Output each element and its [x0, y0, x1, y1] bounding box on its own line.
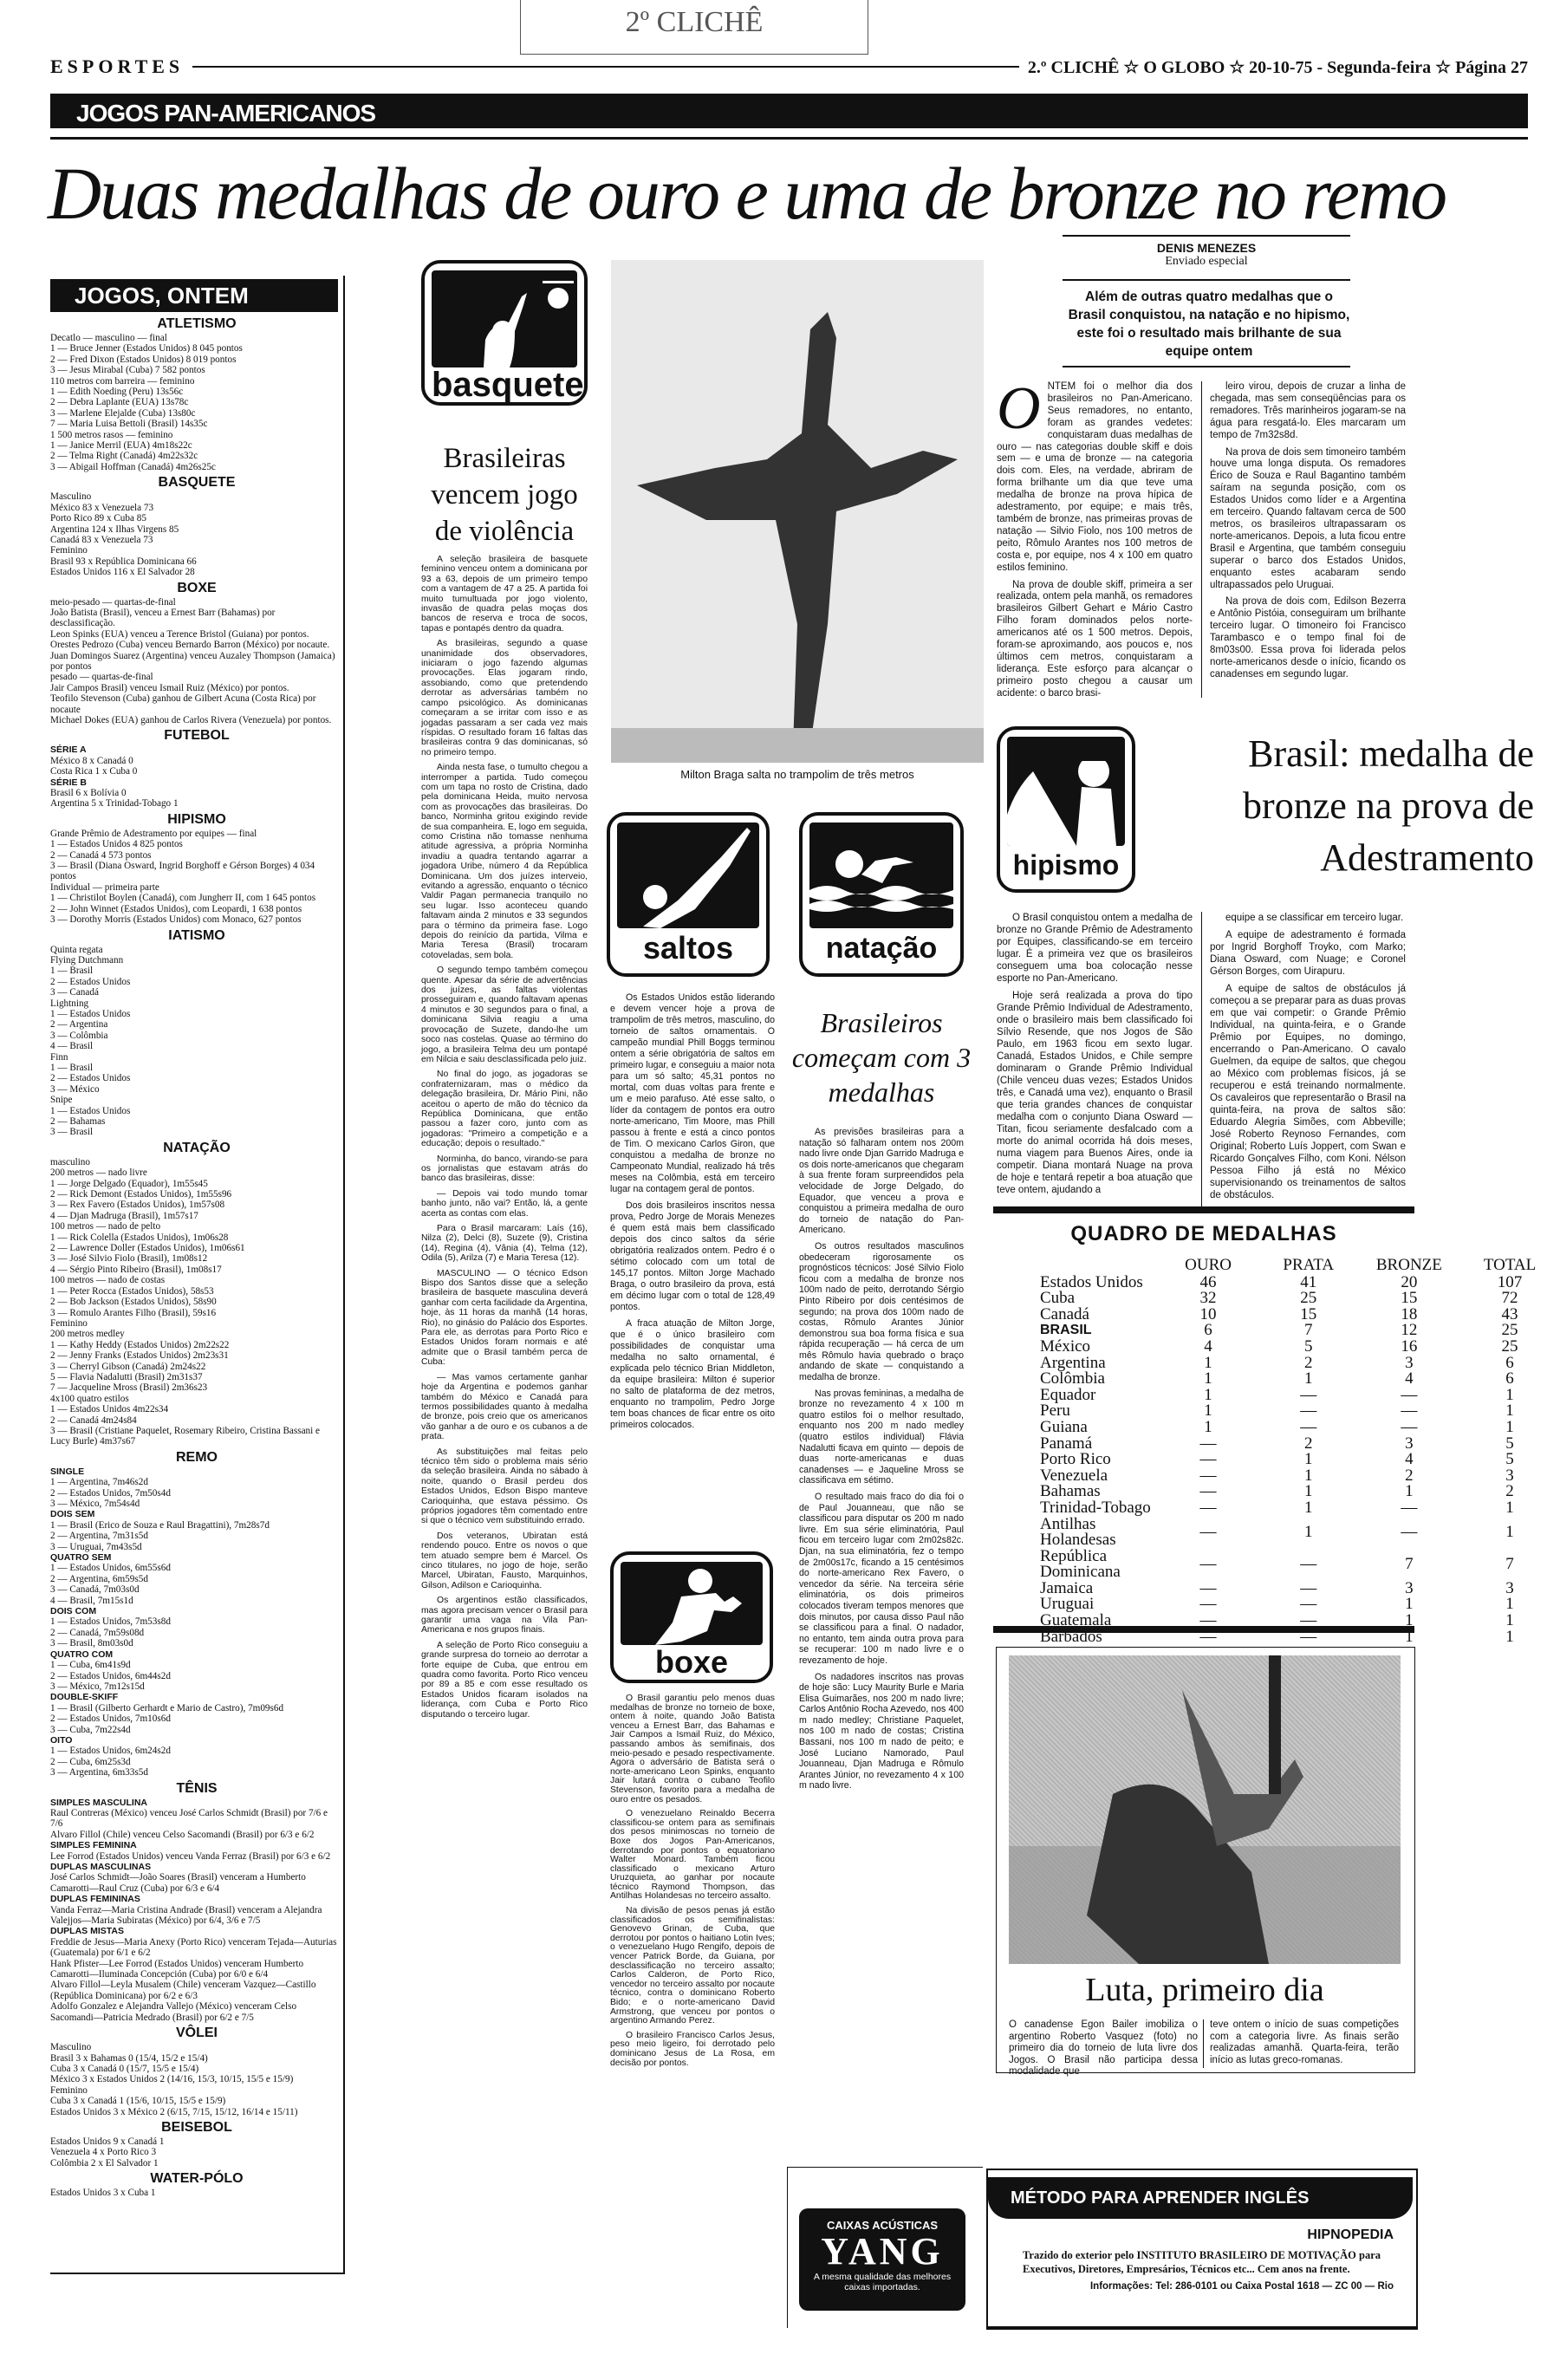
paragraph: — Depois vai todo mundo tomar banho junt… — [421, 1189, 588, 1219]
result-line: DOUBLE-SKIFF — [50, 1692, 343, 1702]
sport-heading: BASQUETE — [50, 474, 343, 491]
luta-title: Luta, primeiro dia — [1009, 1969, 1401, 2011]
paragraph: Na prova de dois com, Edilson Bezerra e … — [1210, 596, 1406, 680]
result-line: 4 — Brasil — [50, 1041, 343, 1051]
deck-rule — [1063, 366, 1350, 367]
sport-heading: IATISMO — [50, 927, 343, 945]
result-line: 1 — Janice Merril (EUA) 4m18s22c — [50, 440, 343, 451]
medal-column-header: TOTAL — [1459, 1257, 1560, 1275]
medal-row: Trinidad-Tobago—1—1 — [1040, 1500, 1560, 1517]
result-line: Teofilo Stevenson (Cuba) ganhou de Gilbe… — [50, 693, 343, 715]
dropcap: O — [997, 383, 1041, 435]
result-line: Feminino — [50, 1318, 343, 1329]
paragraph: Norminha, do banco, virando-se para os j… — [421, 1154, 588, 1184]
result-line: Estados Unidos 116 x El Salvador 28 — [50, 567, 343, 577]
result-line: 3 — Cherryl Gibson (Canadá) 2m24s22 — [50, 1362, 343, 1372]
result-line: Quinta regata — [50, 945, 343, 955]
result-line: 1 — Edith Noeding (Peru) 13s56c — [50, 387, 343, 397]
result-line: 2 — Rick Demont (Estados Unidos), 1m55s9… — [50, 1189, 343, 1200]
paragraph: Dos veteranos, Ubiratan está rendendo po… — [421, 1531, 588, 1590]
hipismo-logo: hipismo — [997, 726, 1135, 893]
result-line: 2 — John Winnet (Estados Unidos), com Le… — [50, 904, 343, 914]
main-story-col1: O NTEM foi o melhor dia dos brasileiros … — [997, 381, 1193, 706]
result-line: Argentina 124 x Ilhas Virgens 85 — [50, 524, 343, 535]
medal-count-prata: 1 — [1258, 1500, 1359, 1517]
result-line: 3 — Canadá, 7m03s0d — [50, 1584, 343, 1595]
hipismo-col1: O Brasil conquistou ontem a medalha de b… — [997, 912, 1193, 1201]
result-line: 4 — Sérgio Pinto Ribeiro (Brasil), 1m08s… — [50, 1265, 343, 1275]
medal-count-bronze: 7 — [1359, 1549, 1459, 1581]
natacao-logo: natação — [799, 812, 964, 977]
result-line: 3 — Canadá — [50, 987, 343, 998]
basquete-logo: basquete — [421, 260, 588, 406]
result-line: Finn — [50, 1052, 343, 1063]
medal-table-rule-bottom — [993, 1626, 1414, 1633]
result-line: 3 — José Silvio Fiolo (Brasil), 1m08s12 — [50, 1253, 343, 1264]
result-line: Cuba 3 x Canadá 0 (15/7, 15/5 e 15/4) — [50, 2064, 343, 2074]
diver-photo — [611, 260, 984, 763]
result-line: SÉRIE B — [50, 777, 343, 788]
sport-heading: BEISEBOL — [50, 2119, 343, 2136]
result-line: 1 — Peter Rocca (Estados Unidos), 58s53 — [50, 1286, 343, 1297]
medal-row: Panamá—235 — [1040, 1436, 1560, 1453]
result-line: 3 — Brasil — [50, 1127, 343, 1137]
medal-table: OUROPRATABRONZETOTAL Estados Unidos46412… — [1040, 1257, 1560, 1645]
result-line: 3 — México — [50, 1084, 343, 1095]
results-title: JOGOS, ONTEM — [50, 279, 338, 312]
medal-count-ouro: — — [1158, 1452, 1258, 1468]
result-line: 100 metros — nado de costas — [50, 1275, 343, 1285]
result-line: Estados Unidos 3 x México 2 (6/15, 7/15,… — [50, 2107, 343, 2117]
result-line: DUPLAS MASCULINAS — [50, 1862, 343, 1872]
medal-count-prata: 1 — [1258, 1517, 1359, 1549]
main-headline: Duas medalhas de ouro e uma de bronze no… — [48, 146, 1538, 241]
medal-row: BRASIL671225 — [1040, 1323, 1560, 1339]
byline: DENIS MENEZES — [1063, 241, 1350, 255]
medal-row: Canadá10151843 — [1040, 1307, 1560, 1323]
result-line: 1 — Brasil — [50, 1063, 343, 1073]
result-line: 2 — Debra Laplante (EUA) 13s78c — [50, 397, 343, 407]
paragraph: A equipe de adestramento é formada por I… — [1210, 929, 1406, 978]
result-line: Raul Contreras (México) venceu José Carl… — [50, 1808, 343, 1830]
medal-count-ouro: 4 — [1158, 1339, 1258, 1356]
yang-ad-brand: YANG — [799, 2232, 965, 2272]
result-line: 2 — Argentina, 6m59s5d — [50, 1574, 343, 1584]
medal-count-ouro: 1 — [1158, 1371, 1258, 1388]
result-line: DUPLAS MISTAS — [50, 1926, 343, 1936]
medal-count-prata: 5 — [1258, 1339, 1359, 1356]
result-line: 3 — Jesus Mirabal (Cuba) 7 582 pontos — [50, 365, 343, 375]
result-line: 2 — Bob Jackson (Estados Unidos), 58s90 — [50, 1297, 343, 1307]
paragraph: A seleção brasileira de basquete feminin… — [421, 555, 588, 634]
medal-row: Argentina1236 — [1040, 1356, 1560, 1372]
country-name: Trinidad-Tobago — [1040, 1500, 1158, 1517]
paragraph: As substituições mal feitas pelo técnico… — [421, 1447, 588, 1526]
result-line: 2 — Fred Dixon (Estados Unidos) 8 019 po… — [50, 354, 343, 365]
result-line: 2 — Estados Unidos, 6m44s2d — [50, 1671, 343, 1681]
result-line: Orestes Pedrozo (Cuba) venceu Bernardo B… — [50, 640, 343, 650]
basketball-player-icon — [432, 270, 577, 367]
result-line: 1 — Rick Colella (Estados Unidos), 1m06s… — [50, 1232, 343, 1243]
result-line: 3 — Argentina, 6m33s5d — [50, 1767, 343, 1778]
paragraph: O Brasil conquistou ontem a medalha de b… — [997, 912, 1193, 985]
paragraph: A equipe de saltos de obstáculos já come… — [1210, 983, 1406, 1201]
medal-count-total: 5 — [1459, 1452, 1560, 1468]
result-line: 2 — Estados Unidos — [50, 1073, 343, 1083]
byline-rule-top — [1063, 235, 1350, 237]
result-line: 3 — Uruguai, 7m43s5d — [50, 1542, 343, 1552]
result-line: 1 — Brasil — [50, 966, 343, 976]
medal-row: Guiana1——1 — [1040, 1420, 1560, 1436]
paragraph: O Brasil garantiu pelo menos duas medalh… — [610, 1694, 775, 1805]
medal-count-prata: — — [1258, 1420, 1359, 1436]
result-line: 3 — Marlene Elejalde (Cuba) 13s80c — [50, 408, 343, 419]
yang-ad-tagline: A mesma qualidade das melhores caixas im… — [799, 2272, 965, 2292]
paragraph: Na prova de double skiff, primeira a ser… — [997, 580, 1193, 700]
medal-count-total: 1 — [1459, 1420, 1560, 1436]
results-body: ATLETISMODecatlo — masculino — final1 — … — [50, 315, 343, 2199]
wrestling-photo — [1009, 1655, 1401, 1964]
country-name: República Dominicana — [1040, 1549, 1158, 1581]
result-line: 200 metros — nado livre — [50, 1167, 343, 1178]
result-line: Snipe — [50, 1095, 343, 1105]
hipismo-col2: equipe a se classificar em terceiro luga… — [1210, 912, 1406, 1206]
diver-photo-caption: Milton Braga salta no trampolim de três … — [611, 768, 984, 781]
result-line: 3 — Brasil (Cristiane Paquelet, Rosemary… — [50, 1426, 343, 1447]
result-line: 1 — Estados Unidos 4m22s34 — [50, 1404, 343, 1414]
result-line: Porto Rico 89 x Cuba 85 — [50, 513, 343, 523]
paragraph: O segundo tempo também começou quente. A… — [421, 966, 588, 1064]
sport-heading: ATLETISMO — [50, 315, 343, 333]
medal-count-total: 25 — [1459, 1339, 1560, 1356]
result-line: Alvaro Fillol (Chile) venceu Celso Sacom… — [50, 1830, 343, 1840]
result-line: Colômbia 2 x El Salvador 1 — [50, 2158, 343, 2169]
country-name: Cuba — [1040, 1291, 1158, 1307]
result-line: Juan Domingos Suarez (Argentina) venceu … — [50, 651, 343, 673]
medal-table-rule-top — [993, 1206, 1414, 1213]
sport-heading: NATAÇÃO — [50, 1140, 343, 1157]
medal-count-prata: 1 — [1258, 1371, 1359, 1388]
result-line: 4x100 quatro estilos — [50, 1394, 343, 1404]
result-line: Lee Forrod (Estados Unidos) venceu Vanda… — [50, 1851, 343, 1862]
natacao-title: Brasileiros começam com 3 medalhas — [790, 1005, 972, 1109]
result-line: 1 — Estados Unidos 4 825 pontos — [50, 839, 343, 849]
sport-heading: REMO — [50, 1449, 343, 1466]
medal-count-bronze: 16 — [1359, 1339, 1459, 1356]
result-line: Adolfo Gonzalez e Alejandra Vallejo (Méx… — [50, 2001, 343, 2023]
hipnopedia-ad-body: Trazido do exterior pelo INSTITUTO BRASI… — [988, 2243, 1416, 2276]
medal-count-prata: — — [1258, 1549, 1359, 1581]
result-line: 3 — México, 7m12s15d — [50, 1681, 343, 1692]
result-line: 1 — Estados Unidos — [50, 1009, 343, 1019]
medal-row: Colômbia1146 — [1040, 1371, 1560, 1388]
paragraph: Nas provas femininas, a medalha de bronz… — [799, 1388, 964, 1486]
result-line: 4 — Brasil, 7m15s1d — [50, 1596, 343, 1606]
medal-column-header: BRONZE — [1359, 1257, 1459, 1275]
section-name: ESPORTES — [50, 55, 184, 78]
paragraph: As previsões brasileiras para a natação … — [799, 1127, 964, 1236]
result-line: Masculino — [50, 491, 343, 502]
result-line: Canadá 83 x Venezuela 73 — [50, 535, 343, 545]
medal-column-header: OURO — [1158, 1257, 1258, 1275]
sport-heading: WATER-PÓLO — [50, 2170, 343, 2188]
paragraph: O brasileiro Francisco Carlos Jesus, pes… — [610, 2032, 775, 2068]
saltos-logo: saltos — [607, 812, 770, 977]
result-line: 100 metros — nado de pelto — [50, 1221, 343, 1232]
column-rule — [1203, 2019, 1204, 2068]
result-line: 2 — Estados Unidos — [50, 977, 343, 987]
hipnopedia-ad[interactable]: MÉTODO PARA APRENDER INGLÊS ENQUANTO DOR… — [986, 2169, 1418, 2330]
result-line: 1 — Bruce Jenner (Estados Unidos) 8 045 … — [50, 343, 343, 354]
result-line: SÉRIE A — [50, 745, 343, 755]
medal-count-total: 1 — [1459, 1629, 1560, 1646]
result-line: Grande Prêmio de Adestramento por equipe… — [50, 829, 343, 839]
result-line: 4 — Djan Madruga (Brasil), 1m57s17 — [50, 1211, 343, 1221]
result-line: OITO — [50, 1735, 343, 1746]
result-line: SIMPLES MASCULINA — [50, 1798, 343, 1808]
medal-column-header: PRATA — [1258, 1257, 1359, 1275]
sport-heading: BOXE — [50, 580, 343, 597]
paragraph: MASCULINO — O técnico Edson Bispo dos Sa… — [421, 1269, 588, 1368]
medal-count-bronze: 4 — [1359, 1452, 1459, 1468]
result-line: 7 — Maria Luisa Bettoli (Brasil) 14s35c — [50, 419, 343, 429]
luta-col2: teve ontem o início de suas competições … — [1210, 2019, 1399, 2066]
result-line: DOIS SEM — [50, 1509, 343, 1519]
section-bar-rule — [50, 137, 1528, 140]
result-line: 200 metros medley — [50, 1329, 343, 1339]
result-line: 1 — Estados Unidos, 6m24s2d — [50, 1746, 343, 1756]
country-name: Antilhas Holandesas — [1040, 1517, 1158, 1549]
luta-col1: O canadense Egon Bailer imobiliza o arge… — [1009, 2019, 1198, 2078]
results-column: JOGOS, ONTEM ATLETISMODecatlo — masculin… — [50, 276, 345, 2274]
result-line: 2 — Jenny Franks (Estados Unidos) 2m23s3… — [50, 1350, 343, 1361]
paragraph: leiro virou, depois de cruzar a linha de… — [1210, 381, 1406, 442]
medal-count-bronze: — — [1359, 1420, 1459, 1436]
result-line: 1 — Brasil (Gilberto Gerhardt e Mario de… — [50, 1703, 343, 1713]
result-line: 1 — Estados Unidos, 7m53s8d — [50, 1616, 343, 1627]
result-line: 1 — Christilot Boylen (Canadá), com Jung… — [50, 893, 343, 903]
medal-row: México451625 — [1040, 1339, 1560, 1356]
result-line: Venezuela 4 x Porto Rico 3 — [50, 2147, 343, 2157]
result-line: 1 — Brasil (Erico de Souza e Raul Bragat… — [50, 1520, 343, 1531]
page-folio: ESPORTES 2.º CLICHÊ ☆ O GLOBO ☆ 20-10-75… — [50, 54, 1528, 80]
result-line: Freddie de Jesus—Maria Anexy (Porto Rico… — [50, 1937, 343, 1959]
result-line: SINGLE — [50, 1466, 343, 1477]
result-line: pesado — quartas-de-final — [50, 672, 343, 682]
paragraph: Os argentinos estão classificados, mas a… — [421, 1596, 588, 1635]
result-line: DUPLAS FEMININAS — [50, 1894, 343, 1904]
main-story-col2: leiro virou, depois de cruzar a linha de… — [1210, 381, 1406, 686]
medal-count-total: 7 — [1459, 1549, 1560, 1581]
result-line: 3 — Dorothy Morris (Estados Unidos) com … — [50, 914, 343, 925]
column-rule — [1201, 912, 1202, 1209]
result-line: 3 — Abigail Hoffman (Canadá) 4m26s25c — [50, 462, 343, 472]
saltos-article: Os Estados Unidos estão liderando e deve… — [610, 992, 775, 1436]
natacao-article: As previsões brasileiras para a natação … — [799, 1127, 964, 1797]
yang-ad[interactable]: CAIXAS ACÚSTICAS YANG A mesma qualidade … — [799, 2208, 965, 2311]
result-line: João Batista (Brasil), venceu a Ernest B… — [50, 608, 343, 629]
medal-count-total: 6 — [1459, 1371, 1560, 1388]
result-line: 3 — Brasil (Diana Osward, Ingrid Borghof… — [50, 861, 343, 882]
result-line: 3 — Cuba, 7m22s4d — [50, 1725, 343, 1735]
result-line: 1 — Estados Unidos, 6m55s6d — [50, 1563, 343, 1573]
paragraph: Os Estados Unidos estão liderando e deve… — [610, 992, 775, 1195]
medal-count-total: 72 — [1459, 1291, 1560, 1307]
paragraph: Na prova de dois sem timoneiro também ho… — [1210, 447, 1406, 592]
result-line: 2 — Bahamas — [50, 1116, 343, 1127]
result-line: Brasil 3 x Bahamas 0 (15/4, 15/2 e 15/4) — [50, 2053, 343, 2064]
result-line: Michael Dokes (EUA) ganhou de Carlos Riv… — [50, 715, 343, 725]
result-line: 2 — Argentina, 7m31s5d — [50, 1531, 343, 1541]
sport-heading: HIPISMO — [50, 811, 343, 829]
result-line: 1 — Cuba, 6m41s9d — [50, 1660, 343, 1670]
result-line: 2 — Estados Unidos, 7m10s6d — [50, 1713, 343, 1724]
result-line: 3 — Romulo Arantes Filho (Brasil), 59s16 — [50, 1308, 343, 1318]
section-bar: JOGOS PAN-AMERICANOS — [50, 94, 1528, 128]
country-name: México — [1040, 1339, 1158, 1356]
boxe-logo-label: boxe — [621, 1645, 763, 1680]
result-line: 2 — Canadá 4m24s84 — [50, 1415, 343, 1426]
result-line: México 3 x Estados Unidos 2 (14/16, 15/3… — [50, 2074, 343, 2084]
result-line: SIMPLES FEMININA — [50, 1840, 343, 1850]
basquete-title: Brasileiras vencem jogo de violência — [418, 440, 591, 549]
result-line: Feminino — [50, 2085, 343, 2096]
deck: Além de outras quatro medalhas que o Bra… — [1066, 288, 1352, 361]
result-line: Cuba 3 x Canadá 1 (15/6, 10/15, 15/5 e 1… — [50, 2096, 343, 2106]
boxe-logo: boxe — [610, 1551, 773, 1683]
result-line: Hank Pfister—Lee Forrod (Estados Unidos)… — [50, 1959, 343, 1980]
result-line: 3 — Brasil, 8m03s0d — [50, 1638, 343, 1648]
result-line: 3 — México, 7m54s4d — [50, 1499, 343, 1509]
hipismo-logo-label: hipismo — [1007, 846, 1125, 884]
country-name: Canadá — [1040, 1307, 1158, 1323]
natacao-logo-label: natação — [809, 928, 953, 968]
medal-count-bronze: — — [1359, 1517, 1459, 1549]
byline-rule-bottom — [1063, 279, 1350, 281]
result-line: 2 — Canadá, 7m59s08d — [50, 1628, 343, 1638]
paragraph: equipe a se classificar em terceiro luga… — [1210, 912, 1406, 924]
diver-icon — [617, 823, 759, 928]
result-line: Individual — primeira parte — [50, 882, 343, 893]
result-line: 110 metros com barreira — feminino — [50, 376, 343, 387]
medal-count-total: 1 — [1459, 1500, 1560, 1517]
swimmer-icon — [809, 823, 953, 928]
paragraph: No final do jogo, as jogadoras se confra… — [421, 1070, 588, 1148]
sport-heading: TÊNIS — [50, 1780, 343, 1798]
result-line: Jair Campos Brasil) venceu Ismail Ruiz (… — [50, 683, 343, 693]
result-line: Costa Rica 1 x Cuba 0 — [50, 766, 343, 777]
result-line: 2 — Telma Right (Canadá) 4m22s32c — [50, 451, 343, 461]
paragraph: A seleção de Porto Rico conseguiu a gran… — [421, 1641, 588, 1720]
result-line: 1 — Jorge Delgado (Equador), 1m55s45 — [50, 1179, 343, 1189]
result-line: Brasil 93 x República Dominicana 66 — [50, 556, 343, 567]
result-line: 5 — Flavia Nadalutti (Brasil) 2m31s37 — [50, 1372, 343, 1382]
boxe-article: O Brasil garantiu pelo menos duas medalh… — [610, 1694, 775, 2073]
result-line: 1 — Kathy Heddy (Estados Unidos) 2m22s22 — [50, 1340, 343, 1350]
paragraph: Ainda nesta fase, o tumulto chegou a int… — [421, 763, 588, 960]
medal-count-total: 1 — [1459, 1517, 1560, 1549]
result-line: Vanda Ferraz—Maria Cristina Andrade (Bra… — [50, 1905, 343, 1927]
result-line: Flying Dutchmann — [50, 955, 343, 966]
hipnopedia-ad-headline: MÉTODO PARA APRENDER INGLÊS ENQUANTO DOR… — [988, 2177, 1413, 2219]
medal-row: Porto Rico—145 — [1040, 1452, 1560, 1468]
result-line: 2 — Cuba, 6m25s3d — [50, 1757, 343, 1767]
result-line: 2 — Estados Unidos, 7m50s4d — [50, 1488, 343, 1499]
result-line: Lightning — [50, 998, 343, 1009]
medal-row: República Dominicana——77 — [1040, 1549, 1560, 1581]
medal-count-bronze: 15 — [1359, 1291, 1459, 1307]
boxer-icon — [621, 1562, 763, 1645]
paragraph: A fraca atuação de Milton Jorge, que é o… — [610, 1318, 775, 1431]
paragraph: Os nadadores inscritos nas provas de hoj… — [799, 1672, 964, 1792]
paragraph: O venezuelano Reinaldo Becerra classific… — [610, 1810, 775, 1902]
result-line: Decatlo — masculino — final — [50, 333, 343, 343]
result-line: 2 — Argentina — [50, 1019, 343, 1030]
result-line: México 83 x Venezuela 73 — [50, 503, 343, 513]
saltos-logo-label: saltos — [617, 928, 759, 968]
medal-count-total: 1 — [1459, 1613, 1560, 1629]
medal-count-ouro: 1 — [1158, 1420, 1258, 1436]
result-line: 7 — Jacqueline Mross (Brasil) 2m36s23 — [50, 1382, 343, 1393]
medal-count-ouro: 32 — [1158, 1291, 1258, 1307]
country-name: Guiana — [1040, 1420, 1158, 1436]
result-line: 1 — Estados Unidos — [50, 1106, 343, 1116]
country-name: Porto Rico — [1040, 1452, 1158, 1468]
paragraph: — Mas vamos certamente ganhar hoje da Ar… — [421, 1373, 588, 1442]
result-line: José Carlos Schmidt—João Soares (Brasil)… — [50, 1872, 343, 1894]
folio-dateline: 2.º CLICHÊ ☆ O GLOBO ☆ 20-10-75 - Segund… — [1028, 56, 1528, 78]
paragraph: Dos dois brasileiros inscritos nessa pro… — [610, 1200, 775, 1313]
result-line: 3 — Colômbia — [50, 1031, 343, 1041]
result-line: 1 — Argentina, 7m46s2d — [50, 1477, 343, 1487]
result-line: Estados Unidos 3 x Cuba 1 — [50, 2188, 343, 2198]
result-line: Alvaro Fillol—Leyla Musalem (Chile) venc… — [50, 1980, 343, 2001]
result-line: México 8 x Canadá 0 — [50, 756, 343, 766]
medal-count-ouro: — — [1158, 1549, 1258, 1581]
result-line: QUATRO SEM — [50, 1552, 343, 1563]
result-line: 1 500 metros rasos — feminino — [50, 430, 343, 440]
medal-count-bronze: — — [1359, 1500, 1459, 1517]
paragraph: Para o Brasil marcaram: Laís (16), Nilza… — [421, 1224, 588, 1264]
result-line: 2 — Canadá 4 573 pontos — [50, 850, 343, 861]
result-line: Leon Spinks (EUA) venceu a Terence Brist… — [50, 629, 343, 640]
folio-rule — [192, 66, 1019, 68]
result-line: masculino — [50, 1157, 343, 1167]
sport-heading: FUTEBOL — [50, 727, 343, 745]
medal-row: Antilhas Holandesas—1—1 — [1040, 1517, 1560, 1549]
result-line: Argentina 5 x Trinidad-Tobago 1 — [50, 798, 343, 809]
medal-count-bronze: 4 — [1359, 1371, 1459, 1388]
byline-role: Enviado especial — [1063, 255, 1350, 269]
result-line: DOIS COM — [50, 1606, 343, 1616]
hipnopedia-ad-contact: Informações: Tel: 286-0101 ou Caixa Post… — [988, 2276, 1416, 2292]
medal-count-ouro: — — [1158, 1517, 1258, 1549]
result-line: 3 — Rex Favero (Estados Unidos), 1m57s08 — [50, 1200, 343, 1210]
paragraph: Os outros resultados masculinos obedecer… — [799, 1241, 964, 1383]
hipismo-title: Brasil: medalha de bronze na prova de Ad… — [1153, 728, 1534, 884]
medal-count-ouro: — — [1158, 1500, 1258, 1517]
horse-rider-icon — [1007, 737, 1125, 846]
result-line: Masculino — [50, 2042, 343, 2052]
result-line: Feminino — [50, 545, 343, 556]
result-line: Estados Unidos 9 x Canadá 1 — [50, 2136, 343, 2147]
paragraph: Hoje será realizada a prova do tipo Gran… — [997, 990, 1193, 1196]
paragraph: Na divisão de pesos penas já estão class… — [610, 1907, 775, 2026]
result-line: QUATRO COM — [50, 1649, 343, 1660]
result-line: Brasil 6 x Bolívia 0 — [50, 788, 343, 798]
basquete-logo-label: basquete — [432, 367, 577, 402]
sport-heading: VÔLEI — [50, 2025, 343, 2042]
